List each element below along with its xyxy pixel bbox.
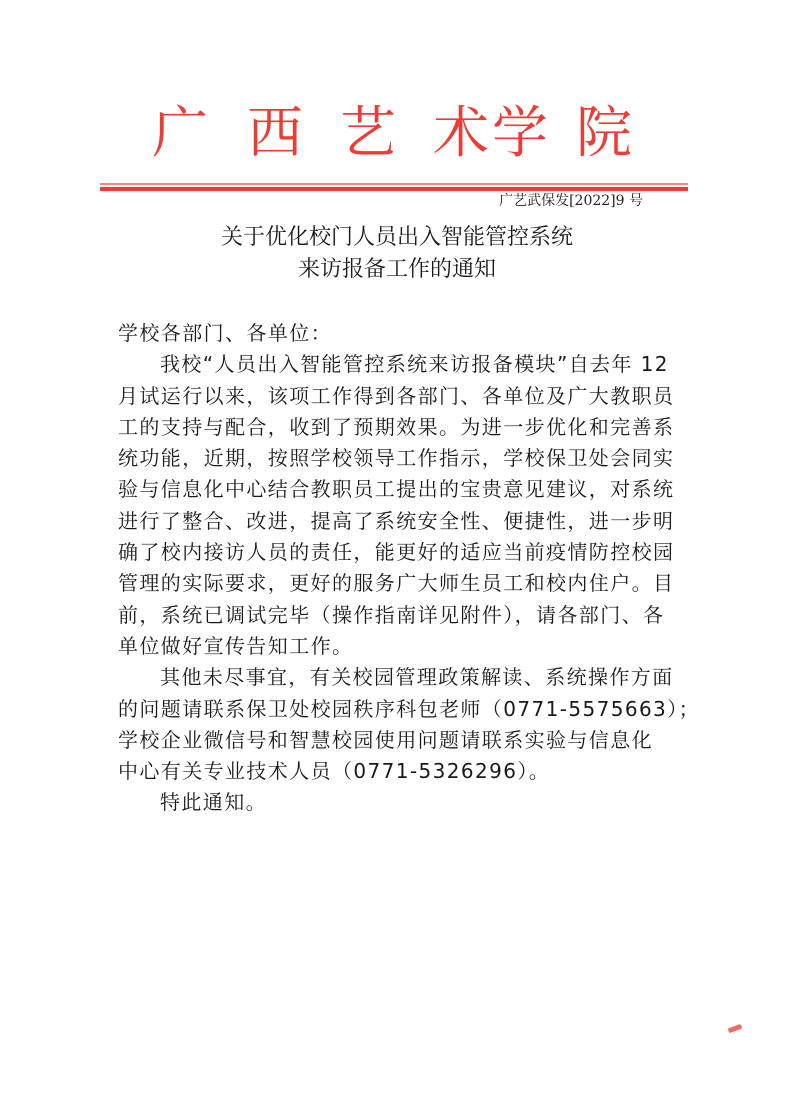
- paragraph-line: 月试运行以来，该项工作得到各部门、各单位及广大教职员: [118, 381, 688, 412]
- header-rule-thin: [100, 183, 688, 185]
- masthead-char: 艺: [340, 104, 396, 164]
- masthead-char: 广: [152, 104, 208, 164]
- paragraph-line: 进行了整合、改进，提高了系统安全性、便捷性，进一步明: [118, 506, 688, 537]
- closing-line: 特此通知。: [118, 787, 688, 818]
- masthead-char: 西: [247, 104, 303, 164]
- paragraph-line: 前，系统已调试完毕（操作指南详见附件），请各部门、各: [118, 600, 688, 631]
- document-number: 广艺武保发[2022]9 号: [499, 191, 643, 211]
- red-ink-mark: [728, 1024, 743, 1033]
- paragraph-line: 学校企业微信号和智慧校园使用问题请联系实验与信息化: [118, 725, 688, 756]
- salutation: 学校各部门、各单位：: [118, 318, 688, 349]
- masthead-char: 术: [433, 104, 489, 164]
- paragraph-line: 单位做好宣传告知工作。: [118, 631, 688, 662]
- paragraph-line: 确了校内接访人员的责任，能更好的适应当前疫情防控校园: [118, 537, 688, 568]
- paragraph-line: 其他未尽事宜，有关校园管理政策解读、系统操作方面: [118, 662, 688, 693]
- title-line-2: 来访报备工作的通知: [0, 254, 794, 286]
- paragraph-line: 我校“人员出入智能管控系统来访报备模块”自去年 12: [118, 349, 688, 380]
- paragraph-line: 工的支持与配合，收到了预期效果。为进一步优化和完善系: [118, 412, 688, 443]
- paragraph-line: 管理的实际要求，更好的服务广大师生员工和校内住户。目: [118, 568, 688, 599]
- masthead: 广 西 艺 术 学 院: [0, 100, 794, 170]
- masthead-char: 学: [492, 104, 548, 164]
- document-title: 关于优化校门人员出入智能管控系统 来访报备工作的通知: [0, 222, 794, 286]
- title-line-1: 关于优化校门人员出入智能管控系统: [0, 222, 794, 254]
- paragraph-line: 中心有关专业技术人员（0771-5326296）。: [118, 756, 688, 787]
- paragraph-line: 统功能，近期，按照学校领导工作指示，学校保卫处会同实: [118, 443, 688, 474]
- masthead-char: 院: [576, 104, 632, 164]
- document-body: 学校各部门、各单位： 我校“人员出入智能管控系统来访报备模块”自去年 12 月试…: [118, 318, 688, 819]
- paragraph-line: 的问题请联系保卫处校园秩序科包老师（0771-5575663）；: [118, 694, 688, 725]
- paragraph-line: 验与信息化中心结合教职员工提出的宝贵意见建议，对系统: [118, 474, 688, 505]
